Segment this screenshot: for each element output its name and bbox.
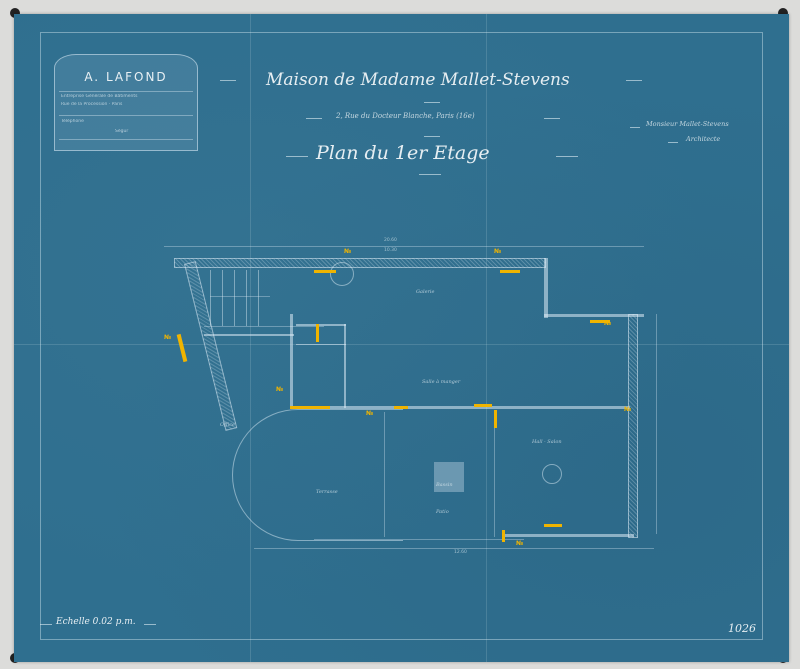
room-label-office: Office [220,422,235,428]
room-label-bassin: Bassin [436,482,453,488]
cartouche-line: Téléphone [61,119,191,124]
architect-role: Architecte [686,135,720,143]
room-label-hall-salon: Hall · Salon [532,439,562,445]
sheet-number: 1026 [728,622,756,635]
floor-plan: 20.60 10.30 12.60 [144,234,684,574]
cartouche-line: Entreprise Générale de Bâtiments [61,94,191,99]
cartouche-line: Rue de la Procession · Paris [61,102,191,107]
architect-name: Monsieur Mallet-Stevens [646,120,729,128]
scale-note: Echelle 0.02 p.m. [56,617,136,627]
address-line: 2, Rue du Docteur Blanche, Paris (16e) [336,112,475,120]
room-label-salle-a-manger: Salle à manger [422,379,460,385]
room-label-patio: Patio [436,509,449,515]
cartouche-line: Ségur [115,129,191,134]
blueprint-sheet: A. LAFOND Entreprise Générale de Bâtimen… [14,14,789,662]
house-title: Maison de Madame Mallet-Stevens [266,70,570,90]
dimension-top-inner: 10.30 [384,248,397,253]
dimension-bottom-total: 12.60 [454,550,467,555]
plan-title: Plan du 1er Etage [316,142,490,164]
contractor-cartouche: A. LAFOND Entreprise Générale de Bâtimen… [54,54,198,151]
dimension-top-total: 20.60 [384,238,397,243]
room-label-terrasse: Terrasse [316,489,338,495]
contractor-name: A. LAFOND [55,70,197,84]
room-label-galerie: Galerie [416,289,434,295]
